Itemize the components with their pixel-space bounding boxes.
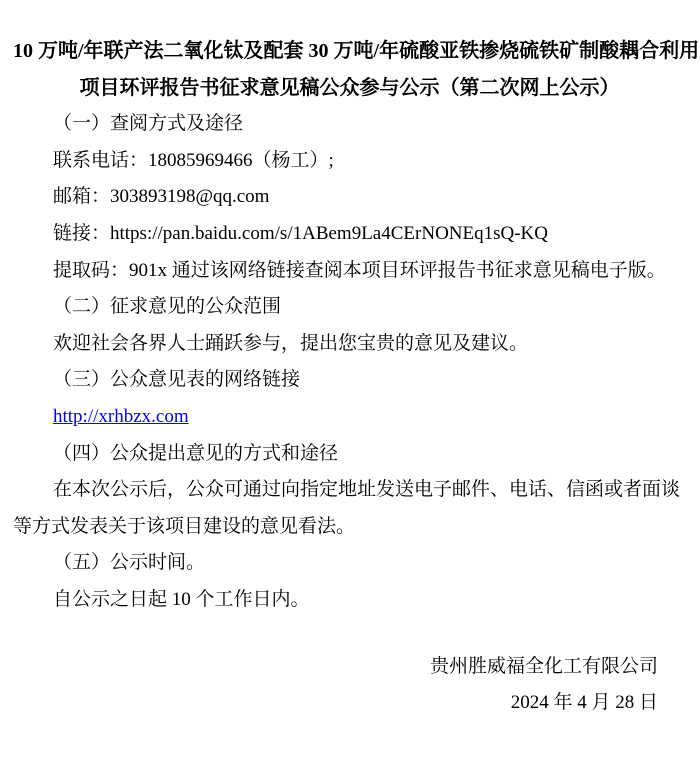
notice-title-line-2: 项目环评报告书征求意见稿公众参与公示（第二次网上公示） xyxy=(13,70,686,107)
report-pan-link-line: 链接：https://pan.baidu.com/s/1ABem9La4CErN… xyxy=(13,216,686,253)
contact-phone-line: 联系电话：18085969466（杨工）; xyxy=(13,143,686,180)
section-1-heading: （一）查阅方式及途径 xyxy=(13,106,686,143)
publish-date: 2024 年 4 月 28 日 xyxy=(13,685,686,722)
comment-form-link[interactable]: http://xrhbzx.com xyxy=(53,406,189,427)
publicity-period-line: 自公示之日起 10 个工作日内。 xyxy=(13,582,686,619)
company-name: 贵州胜威福全化工有限公司 xyxy=(13,649,686,686)
feedback-methods-line-2: 等方式发表关于该项目建设的意见看法。 xyxy=(13,509,686,546)
feedback-methods-line-1: 在本次公示后，公众可通过向指定地址发送电子邮件、电话、信函或者面谈 xyxy=(13,472,686,509)
public-notice-document: 10 万吨/年联产法二氧化钛及配套 30 万吨/年硫酸亚铁掺烧硫铁矿制酸耦合利用… xyxy=(0,0,700,759)
contact-email-line: 邮箱：303893198@qq.com xyxy=(13,179,686,216)
comment-form-link-line: http://xrhbzx.com xyxy=(13,399,686,436)
signature-spacer xyxy=(13,619,686,649)
section-2-heading: （二）征求意见的公众范围 xyxy=(13,289,686,326)
extraction-code-line: 提取码：901x 通过该网络链接查阅本项目环评报告书征求意见稿电子版。 xyxy=(13,253,686,290)
notice-title-line-1: 10 万吨/年联产法二氧化钛及配套 30 万吨/年硫酸亚铁掺烧硫铁矿制酸耦合利用 xyxy=(13,33,686,70)
section-5-heading: （五）公示时间。 xyxy=(13,545,686,582)
public-scope-line: 欢迎社会各界人士踊跃参与，提出您宝贵的意见及建议。 xyxy=(13,326,686,363)
section-3-heading: （三）公众意见表的网络链接 xyxy=(13,362,686,399)
section-4-heading: （四）公众提出意见的方式和途径 xyxy=(13,436,686,473)
